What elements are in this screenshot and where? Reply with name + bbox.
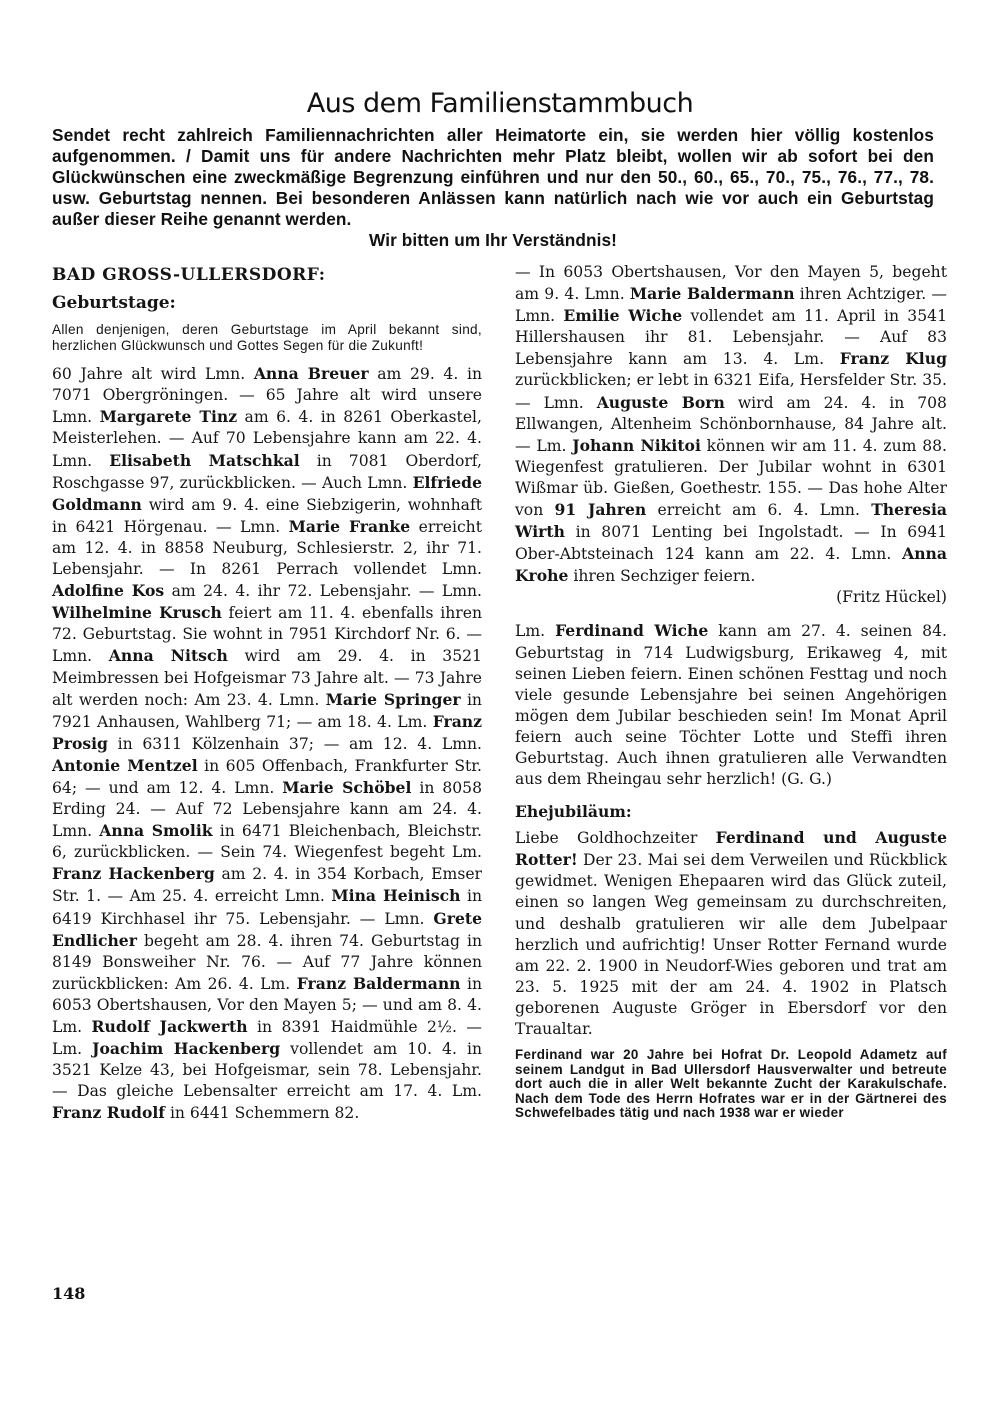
entry-text: Der 23. Mai sei dem Verweilen und Rückbl…	[515, 851, 947, 1038]
entry-text: Lm.	[515, 622, 555, 640]
entry-text: erreicht am 6. 4. Lmn.	[646, 501, 871, 519]
person-name: Marie Springer	[326, 690, 461, 709]
person-name: Mina Heinisch	[331, 886, 460, 905]
person-name: Margarete Tinz	[100, 407, 238, 426]
person-name: Adolfine Kos	[52, 581, 164, 600]
entry-text: in 8071 Lenting bei Ingolstadt. — In 694…	[515, 523, 947, 563]
intro-notice: Sendet recht zahlreich Familiennachricht…	[52, 125, 934, 251]
person-name: Elisabeth Matschkal	[109, 451, 300, 470]
entry-text: kann am 27. 4. seinen 84. Geburtstag in …	[515, 622, 947, 788]
person-name: Auguste Born	[597, 393, 725, 412]
signature: (Fritz Hückel)	[515, 587, 947, 608]
anniversary-note: Ferdinand war 20 Jahre bei Hofrat Dr. Le…	[515, 1048, 947, 1121]
person-name: Rudolf Jackwerth	[92, 1017, 248, 1036]
person-name: Marie Franke	[289, 517, 411, 536]
birthday-entries-continued: — In 6053 Obertshausen, Vor den Mayen 5,…	[515, 262, 947, 587]
birthday-entries: 60 Jahre alt wird Lmn. Anna Breuer am 29…	[52, 363, 482, 1124]
anniversary-entry: Liebe Goldhochzeiter Ferdinand und Augus…	[515, 827, 947, 1040]
page-number: 148	[52, 1284, 85, 1303]
entry-text: ihren Sechziger feiern.	[568, 567, 755, 585]
location-heading: BAD GROSS-ULLERSDORF:	[52, 264, 482, 286]
page-title: Aus dem Familienstammbuch	[0, 88, 1000, 119]
person-name: Emilie Wiche	[563, 306, 682, 325]
person-name: Ferdinand Wiche	[555, 621, 708, 640]
person-name: Marie Baldermann	[630, 284, 795, 303]
person-name: Franz Baldermann	[297, 974, 461, 993]
person-name: Joachim Hackenberg	[92, 1039, 280, 1058]
entry-text: Liebe Goldhochzeiter	[515, 829, 716, 847]
entry-text: 60 Jahre alt wird Lmn.	[52, 365, 254, 383]
right-column: — In 6053 Obertshausen, Vor den Mayen 5,…	[515, 262, 947, 1131]
person-name: Anna Nitsch	[109, 646, 228, 665]
person-name: Johann Nikitoi	[572, 436, 701, 455]
person-name: Wilhelmine Krusch	[52, 603, 222, 622]
intro-closing: Wir bitten um Ihr Verständnis!	[52, 230, 934, 251]
person-name: Marie Schöbel	[282, 778, 411, 797]
birthdays-heading: Geburtstage:	[52, 292, 482, 314]
person-name: Anna Breuer	[254, 364, 369, 383]
greeting-text: Allen denjenigen, deren Geburtstage im A…	[52, 322, 482, 353]
anniversary-heading: Ehejubiläum:	[515, 802, 947, 821]
person-name: Anna Smolik	[99, 821, 212, 840]
person-name: Franz Hackenberg	[52, 864, 215, 883]
person-name: 91 Jahren	[555, 500, 647, 519]
entry-text: am 24. 4. ihr 72. Lebensjahr. — Lmn.	[164, 582, 482, 600]
person-name: Antonie Mentzel	[52, 756, 198, 775]
person-name: Franz Klug	[840, 349, 947, 368]
entry-text: in 6311 Kölzenhain 37; — am 12. 4. Lmn.	[108, 735, 482, 753]
person-name: Franz Rudolf	[52, 1103, 165, 1122]
intro-text: Sendet recht zahlreich Familiennachricht…	[52, 125, 934, 229]
wiche-entry: Lm. Ferdinand Wiche kann am 27. 4. seine…	[515, 620, 947, 790]
left-column: BAD GROSS-ULLERSDORF: Geburtstage: Allen…	[52, 262, 482, 1124]
entry-text: in 6441 Schemmern 82.	[165, 1104, 359, 1122]
